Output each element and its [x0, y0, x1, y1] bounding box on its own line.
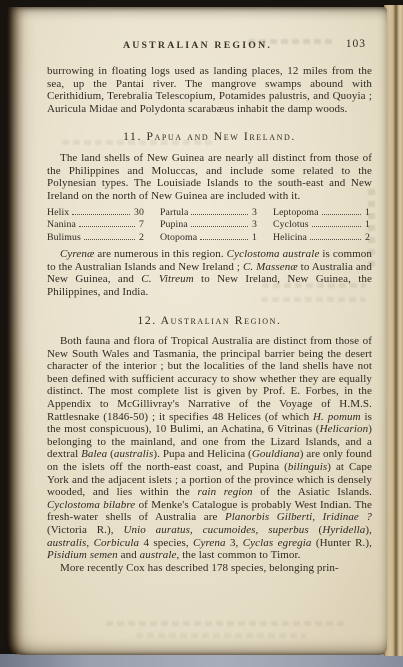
italic-species-name: H. pomum: [313, 411, 361, 423]
binding-gutter-shadow: [6, 7, 24, 655]
table-cell: Helicina 2: [273, 232, 370, 244]
genus-name: Cyclotus: [273, 219, 309, 231]
italic-species-name: Hyridella: [322, 524, 365, 536]
dotted-leader: [84, 239, 135, 240]
text-run: of the Asiatic Islands.: [253, 486, 372, 498]
dotted-leader: [72, 214, 130, 215]
paragraph-cox: More recently Cox has described 178 spec…: [47, 562, 372, 575]
genus-count: 7: [139, 219, 144, 231]
dotted-leader: [310, 239, 361, 240]
paragraph-cyrenae: Cyrenæ are numerous in this region. Cycl…: [47, 248, 372, 298]
italic-species-name: C. Massenæ: [243, 261, 298, 273]
text-run: (: [309, 524, 323, 536]
genus-table: Helix 30 Partula 3 Leptopoma 1: [47, 207, 370, 243]
text-run: 4 species,: [139, 537, 193, 549]
text-run: are numerous in this region.: [94, 248, 226, 260]
genus-count: 3: [252, 219, 257, 231]
genus-count: 2: [365, 232, 370, 244]
italic-species-name: Balea: [81, 448, 107, 460]
italic-species-name: Cyclostoma bilabre: [47, 499, 135, 511]
genus-name: Leptopoma: [273, 207, 319, 219]
genus-name: Pupina: [160, 219, 188, 231]
italic-species-name: Helicarion: [320, 423, 369, 435]
italic-species-name: Cyclostoma australe: [227, 248, 320, 260]
italic-species-name: australe: [140, 549, 177, 561]
paragraph-australia: Both fauna and flora of Tropical Austral…: [47, 335, 372, 562]
dotted-leader: [312, 226, 361, 227]
table-cell: Nanina 7: [47, 219, 144, 231]
dotted-leader: [322, 214, 361, 215]
dotted-leader: [191, 226, 248, 227]
text-run: , the last common to Timor.: [177, 549, 301, 561]
genus-count: 2: [139, 232, 144, 244]
italic-species-name: Cyclas egregia: [243, 537, 312, 549]
page-content: AUSTRALIAN REGION. 103 burrowing in floa…: [47, 7, 372, 655]
text-run: 3,: [226, 537, 243, 549]
genus-count: 1: [365, 219, 370, 231]
italic-species-name: Pisidium semen: [47, 549, 118, 561]
text-run: burrowing in floating logs used as landi…: [47, 65, 372, 115]
italic-species-name: Planorbis Gilberti, Iridinae ?: [225, 511, 372, 523]
text-run: (Victoria R.),: [47, 524, 123, 536]
text-run: More recently Cox has described 178 spec…: [60, 562, 339, 574]
genus-name: Partula: [160, 207, 188, 219]
genus-name: Helicina: [273, 232, 307, 244]
text-run: ),: [365, 524, 372, 536]
genus-count: 1: [365, 207, 370, 219]
section-heading-australia: 12. Australian Region.: [47, 315, 372, 328]
italic-species-name: rain region: [197, 486, 252, 498]
italic-species-name: australis, Corbicula: [47, 537, 139, 549]
text-run: and: [118, 549, 140, 561]
genus-count: 30: [134, 207, 144, 219]
book-page-scan: AUSTRALIAN REGION. 103 burrowing in floa…: [0, 0, 403, 667]
genus-name: Nanina: [47, 219, 76, 231]
genus-name: Helix: [47, 207, 69, 219]
table-cell: Pupina 3: [160, 219, 257, 231]
table-row: Nanina 7 Pupina 3 Cyclotus 1: [47, 219, 370, 231]
italic-species-name: Gouldiana: [252, 448, 300, 460]
italic-species-name: australis: [114, 448, 153, 460]
table-surface: [0, 654, 403, 667]
page-header: AUSTRALIAN REGION. 103: [47, 40, 372, 54]
table-cell: Cyclotus 1: [273, 219, 370, 231]
italic-species-name: Cyrenæ: [60, 248, 94, 260]
text-run: ). Pupa and Helicina (: [153, 448, 251, 460]
italic-species-name: bilinguis: [288, 461, 327, 473]
paragraph-papua: The land shells of New Guinea are nearly…: [47, 152, 372, 202]
section-heading-papua: 11. Papua and New Ireland.: [47, 131, 372, 144]
table-row: Bulimus 2 Otopoma 1 Helicina 2: [47, 232, 370, 244]
table-cell: Helix 30: [47, 207, 144, 219]
genus-count: 3: [252, 207, 257, 219]
text-run: (: [107, 448, 114, 460]
table-cell: Partula 3: [160, 207, 257, 219]
running-title: AUSTRALIAN REGION.: [47, 40, 348, 53]
genus-name: Bulimus: [47, 232, 81, 244]
italic-species-name: Unio auratus, cucumoides, superbus: [123, 524, 308, 536]
paragraph-intro: burrowing in floating logs used as landi…: [47, 65, 372, 115]
book-page: AUSTRALIAN REGION. 103 burrowing in floa…: [6, 7, 387, 655]
genus-count: 1: [252, 232, 257, 244]
table-row: Helix 30 Partula 3 Leptopoma 1: [47, 207, 370, 219]
table-cell: Bulimus 2: [47, 232, 144, 244]
page-number: 103: [346, 38, 366, 51]
text-run: Both fauna and flora of Tropical Austral…: [47, 335, 372, 423]
table-cell: Otopoma 1: [160, 232, 257, 244]
text-run: The land shells of New Guinea are nearly…: [47, 152, 372, 202]
table-cell: Leptopoma 1: [273, 207, 370, 219]
genus-name: Otopoma: [160, 232, 197, 244]
italic-species-name: C. Vitreum: [141, 273, 193, 285]
dotted-leader: [200, 239, 248, 240]
dotted-leader: [79, 226, 135, 227]
dotted-leader: [191, 214, 248, 215]
italic-species-name: Cyrena: [193, 537, 226, 549]
text-run: (Hunter R.),: [312, 537, 372, 549]
